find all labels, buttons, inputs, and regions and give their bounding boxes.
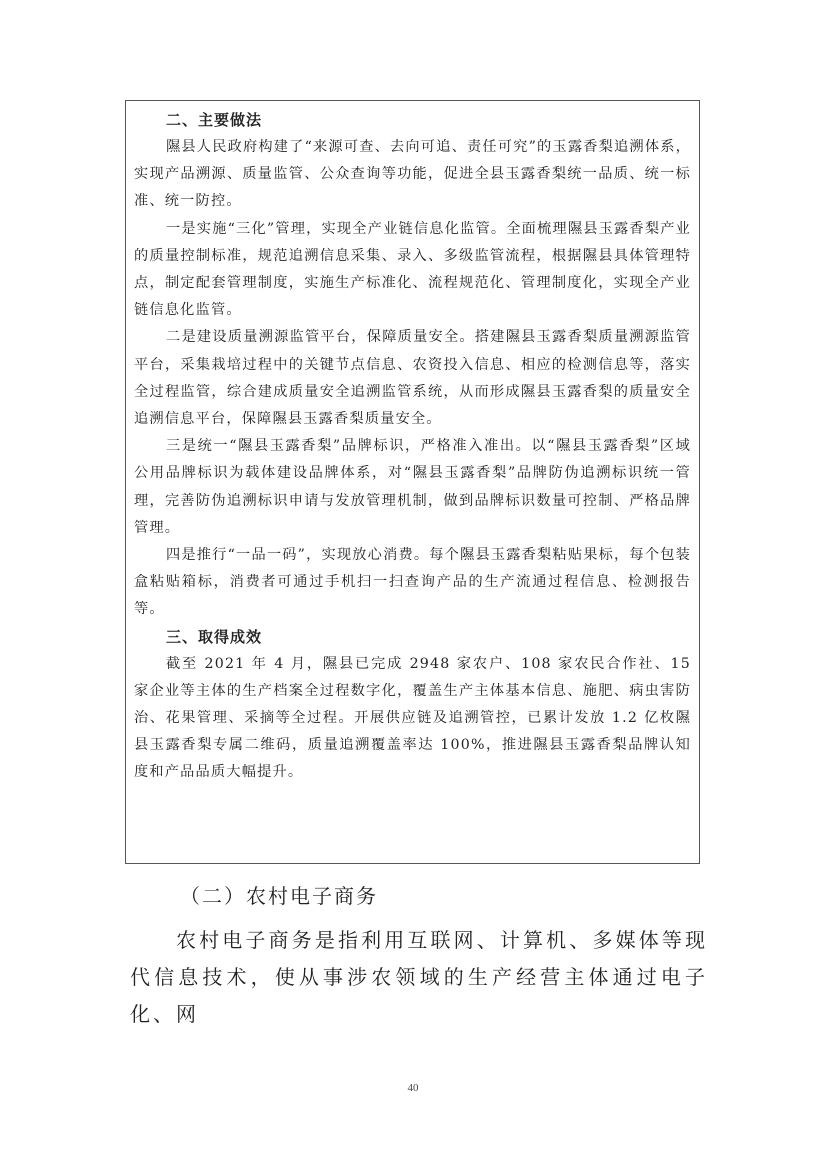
paragraph-intro: 隰县人民政府构建了“来源可查、去向可追、责任可究”的玉露香梨追溯体系，实现产品溯…: [134, 134, 691, 216]
paragraph-first-measure: 一是实施“三化”管理，实现全产业链信息化监管。全面梳理隰县玉露香梨产业的质量控制…: [134, 216, 691, 325]
paragraph-results: 截至 2021 年 4 月，隰县已完成 2948 家农户、108 家农民合作社、…: [134, 651, 691, 787]
section-heading-main-practices: 二、主要做法: [134, 107, 691, 134]
paragraph-third-measure: 三是统一“隰县玉露香梨”品牌标识，严格准入准出。以“隰县玉露香梨”区域公用品牌标…: [134, 433, 691, 542]
page-number: 40: [0, 1082, 826, 1094]
subsection-heading: （二）农村电子商务: [180, 880, 378, 912]
case-study-box: 二、主要做法 隰县人民政府构建了“来源可查、去向可追、责任可究”的玉露香梨追溯体…: [125, 100, 700, 864]
paragraph-second-measure: 二是建设质量溯源监管平台，保障质量安全。搭建隰县玉露香梨质量溯源监管平台，采集栽…: [134, 324, 691, 433]
paragraph-fourth-measure: 四是推行“一品一码”，实现放心消费。每个隰县玉露香梨粘贴果标，每个包装盒粘贴箱标…: [134, 542, 691, 624]
section-heading-results: 三、取得成效: [134, 624, 691, 651]
body-paragraph: 农村电子商务是指利用互联网、计算机、多媒体等现代信息技术，使从事涉农领域的生产经…: [130, 922, 708, 1033]
